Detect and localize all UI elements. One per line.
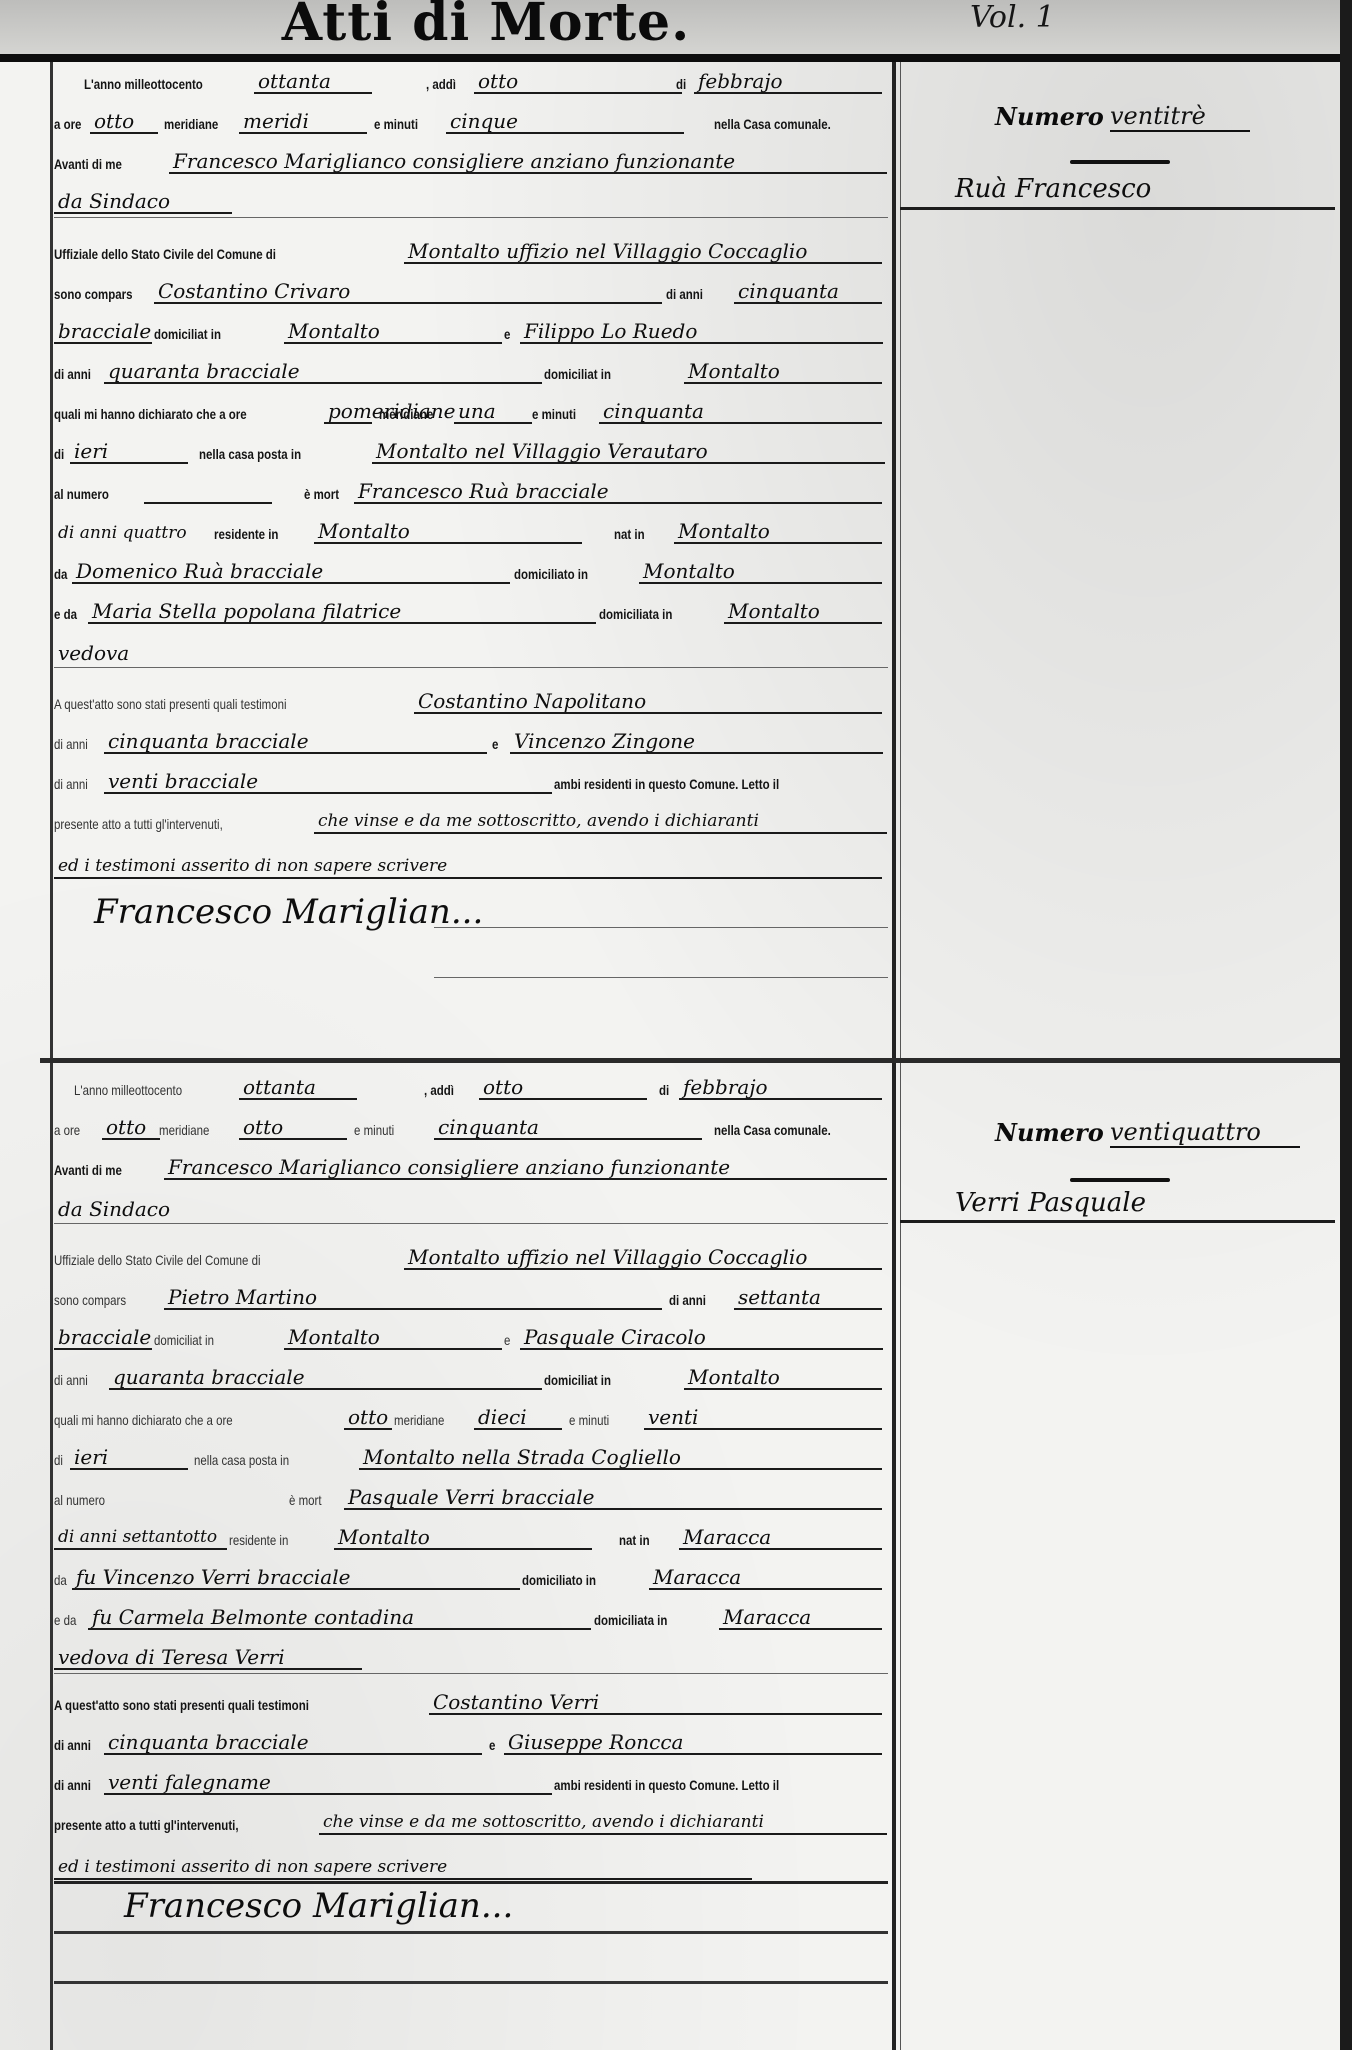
label-anno: L'anno milleottocento xyxy=(84,76,203,92)
field-witness1-age: cinquanta bracciale xyxy=(104,730,487,754)
record-line-house: di ieri nella casa posta in Montalto nel… xyxy=(54,432,888,472)
record-line-officer-cont: da Sindaco xyxy=(54,182,888,222)
record-line-mother-extra: vedova di Teresa Verri xyxy=(54,1638,888,1678)
field-closing2: ed i testimoni asserito di non sapere sc… xyxy=(54,1856,752,1880)
field-comune: Montalto uffizio nel Villaggio Coccaglio xyxy=(404,240,882,264)
field-death-meridiane: dieci xyxy=(474,1406,562,1430)
field-death-day: ieri xyxy=(70,1446,188,1470)
label-quali: quali mi hanno dichiarato che a ore xyxy=(54,1412,233,1428)
label-meridiane: meridiane xyxy=(394,1412,444,1428)
field-declarant1-dom: Montalto xyxy=(284,320,502,344)
label-presente: presente atto a tutti gl'intervenuti, xyxy=(54,1817,239,1833)
field-day: otto xyxy=(479,1076,647,1100)
field-officer: Francesco Mariglianco consigliere anzian… xyxy=(164,1156,887,1180)
flourish-mark xyxy=(1070,1178,1170,1182)
record-line-witness2: di anni cinquanta bracciale e Giuseppe R… xyxy=(54,1723,888,1763)
record-line-deceased: al numero è mort Francesco Ruà bracciale xyxy=(54,472,888,512)
field-father: Domenico Ruà bracciale xyxy=(72,560,510,584)
field-witness2-age: venti bracciale xyxy=(104,770,552,794)
field-death-meridiane: una xyxy=(454,400,532,424)
label-e: e xyxy=(504,326,510,342)
field-declarant2: Filippo Lo Ruedo xyxy=(520,320,883,344)
record-line-officer: Avanti di me Francesco Mariglianco consi… xyxy=(54,1148,888,1188)
label-casa-comunale: nella Casa comunale. xyxy=(714,1122,831,1138)
field-day: otto xyxy=(474,70,682,94)
record-line-declarant2: di anni quaranta bracciale domiciliat in… xyxy=(54,352,888,392)
label-al-numero: al numero xyxy=(54,486,109,502)
record-line-officer: Avanti di me Francesco Mariglianco consi… xyxy=(54,142,888,182)
margin-deceased-name: Verri Pasquale xyxy=(955,1188,1146,1218)
field-hour: otto xyxy=(90,110,158,134)
field-declarant2-dom: Montalto xyxy=(684,1366,882,1390)
page-title: Atti di Morte. xyxy=(0,0,1352,53)
label-ufficiale: Uffiziale dello Stato Civile del Comune … xyxy=(54,1252,261,1268)
field-father-dom: Montalto xyxy=(639,560,882,584)
field-comune: Montalto uffizio nel Villaggio Coccaglio xyxy=(404,1246,882,1270)
label-nato: nat in xyxy=(619,1532,650,1548)
record-line-mother: e da fu Carmela Belmonte contadina domic… xyxy=(54,1598,888,1638)
field-deceased-age: di anni quattro xyxy=(54,522,212,544)
label-minuti: e minuti xyxy=(569,1412,609,1428)
record-line-mother-extra: vedova xyxy=(54,632,888,672)
label-minuti: e minuti xyxy=(532,406,576,422)
field-house-location: Montalto nel Villaggio Verautaro xyxy=(372,440,885,464)
label-di: di xyxy=(54,446,64,462)
record-line-presente: presente atto a tutti gl'intervenuti, ch… xyxy=(54,802,888,842)
label-meridiane: meridiane xyxy=(164,116,218,132)
field-officer-cont: da Sindaco xyxy=(54,1198,182,1220)
label-domiciliat: domiciliat in xyxy=(154,1332,214,1348)
record-line-hour: a ore otto meridiane otto e minuti cinqu… xyxy=(54,1108,888,1148)
field-closing1: che vinse e da me sottoscritto, avendo i… xyxy=(319,1811,887,1835)
death-register-page: Atti di Morte. Vol. 1 L'anno milleottoce… xyxy=(0,0,1352,2050)
label-di-anni: di anni xyxy=(54,1777,91,1793)
label-domiciliat: domiciliat in xyxy=(154,326,221,342)
label-domiciliato: domiciliato in xyxy=(522,1572,596,1588)
field-minutes: cinque xyxy=(446,110,684,134)
record-line-closing: ed i testimoni asserito di non sapere sc… xyxy=(54,847,888,887)
label-di-anni: di anni xyxy=(666,286,703,302)
record-line-declarant1-dom: bracciale domiciliat in Montalto e Filip… xyxy=(54,312,888,352)
label-meridiane: meridiane xyxy=(379,406,433,422)
field-house-location: Montalto nella Strada Cogliello xyxy=(359,1446,882,1470)
field-hour: otto xyxy=(102,1116,160,1140)
field-officer: Francesco Mariglianco consigliere anzian… xyxy=(169,150,887,174)
field-mother-extra: vedova di Teresa Verri xyxy=(54,1646,362,1670)
label-domiciliata: domiciliata in xyxy=(599,606,672,622)
label-nato: nat in xyxy=(614,526,645,542)
label-domiciliat: domiciliat in xyxy=(544,366,611,382)
label-e-da: e da xyxy=(54,606,77,622)
field-birthplace: Maracca xyxy=(679,1526,882,1550)
record-line-deceased: al numero è mort Pasquale Verri braccial… xyxy=(54,1478,888,1518)
record-line-comune: Uffiziale dello Stato Civile del Comune … xyxy=(54,1238,888,1278)
record-line-blank xyxy=(54,1948,888,1988)
label-addi: , addì xyxy=(424,1082,454,1098)
field-mother: Maria Stella popolana filatrice xyxy=(88,600,596,624)
field-mother-dom: Montalto xyxy=(724,600,882,624)
label-residente: residente in xyxy=(229,1532,288,1548)
label-addi: , addì xyxy=(426,76,456,92)
field-declarant1-occ: bracciale xyxy=(54,1326,152,1350)
column-divider-thin xyxy=(900,62,901,2050)
margin-rule xyxy=(900,207,1335,210)
label-e: e xyxy=(504,1332,510,1348)
label-di-anni: di anni xyxy=(54,1737,91,1753)
record-line-declarant1: sono compars Costantino Crivaro di anni … xyxy=(54,272,888,312)
label-e-mort: è mort xyxy=(304,486,339,502)
margin-numero-value: ventiquattro xyxy=(1110,1118,1300,1148)
field-witness2: Vincenzo Zingone xyxy=(510,730,883,754)
field-meridiane: meridi xyxy=(239,110,367,134)
field-declarant1-dom: Montalto xyxy=(284,1326,502,1350)
corner-handwritten-note: Vol. 1 xyxy=(970,0,1055,35)
field-declarant2: Pasquale Ciracolo xyxy=(520,1326,883,1350)
label-e-mort: è mort xyxy=(289,1492,322,1508)
field-deceased: Francesco Ruà bracciale xyxy=(354,480,882,504)
label-di-anni: di anni xyxy=(669,1292,706,1308)
record-line-ambi: di anni venti falegname ambi residenti i… xyxy=(54,1763,888,1803)
field-year: ottanta xyxy=(254,70,372,94)
officer-signature: Francesco Mariglian... xyxy=(94,892,483,932)
label-presente: presente atto a tutti gl'intervenuti, xyxy=(54,816,223,832)
header-rule xyxy=(0,54,1340,62)
field-declarant2-age: quaranta bracciale xyxy=(109,1366,542,1390)
margin-numero-label: Numero xyxy=(995,1118,1104,1147)
label-sono-compars: sono compars xyxy=(54,1292,126,1308)
left-margin-rule xyxy=(50,62,53,2050)
margin-entry-1: Numero ventitrè Ruà Francesco xyxy=(905,62,1335,1058)
field-residence: Montalto xyxy=(314,520,582,544)
label-e-da: e da xyxy=(54,1612,76,1628)
label-a-ore: a ore xyxy=(54,1122,80,1138)
record-line-residence: di anni quattro residente in Montalto na… xyxy=(54,512,888,552)
label-domiciliata: domiciliata in xyxy=(594,1612,667,1628)
record-line-witness1: A quest'atto sono stati presenti quali t… xyxy=(54,682,888,722)
field-declarant2-dom: Montalto xyxy=(684,360,882,384)
record-line-officer-cont: da Sindaco xyxy=(54,1188,888,1228)
field-mother: fu Carmela Belmonte contadina xyxy=(88,1606,591,1630)
record-line-comune: Uffiziale dello Stato Civile del Comune … xyxy=(54,232,888,272)
field-house-number xyxy=(144,502,272,504)
field-deceased-age: di anni settantotto xyxy=(54,1526,227,1550)
field-declarant1-age: settanta xyxy=(734,1286,882,1310)
page-edge xyxy=(1340,0,1352,2050)
record-line-declarant2: di anni quaranta bracciale domiciliat in… xyxy=(54,1358,888,1398)
label-sono-compars: sono compars xyxy=(54,286,132,302)
field-officer-cont: da Sindaco xyxy=(54,190,232,214)
record-separator xyxy=(40,1058,1340,1063)
field-father-dom: Maracca xyxy=(649,1566,882,1590)
label-ambi: ambi residenti in questo Comune. Letto i… xyxy=(554,1777,779,1793)
field-year: ottanta xyxy=(239,1076,357,1100)
record-line-blank xyxy=(54,942,888,982)
field-birthplace: Montalto xyxy=(674,520,882,544)
field-witness2-age: venti falegname xyxy=(104,1771,552,1795)
field-residence: Montalto xyxy=(334,1526,592,1550)
record-line-residence: di anni settantotto residente in Montalt… xyxy=(54,1518,888,1558)
record-line-witness2: di anni cinquanta bracciale e Vincenzo Z… xyxy=(54,722,888,762)
margin-entry-2: Numero ventiquattro Verri Pasquale xyxy=(905,1068,1335,2050)
field-declarant2-age: quaranta bracciale xyxy=(104,360,542,384)
field-witness1-age: cinquanta bracciale xyxy=(104,1731,482,1755)
label-di: di xyxy=(676,76,686,92)
label-da: da xyxy=(54,1572,67,1588)
label-avanti: Avanti di me xyxy=(54,156,122,172)
record-line-hour: a ore otto meridiane meridi e minuti cin… xyxy=(54,102,888,142)
label-da: da xyxy=(54,566,67,582)
record-line-year: L'anno milleottocento ottanta , addì ott… xyxy=(54,1068,888,1108)
label-testimoni: A quest'atto sono stati presenti quali t… xyxy=(54,1697,309,1713)
label-di-anni: di anni xyxy=(54,366,91,382)
record-line-father: da Domenico Ruà bracciale domiciliato in… xyxy=(54,552,888,592)
record-line-father: da fu Vincenzo Verri bracciale domicilia… xyxy=(54,1558,888,1598)
field-witness1: Costantino Verri xyxy=(429,1691,882,1715)
label-di: di xyxy=(659,1082,669,1098)
field-death-day: ieri xyxy=(70,440,188,464)
label-quali: quali mi hanno dichiarato che a ore xyxy=(54,406,247,422)
record-line-presente: presente atto a tutti gl'intervenuti, ch… xyxy=(54,1803,888,1843)
record-line-mother: e da Maria Stella popolana filatrice dom… xyxy=(54,592,888,632)
label-residente: residente in xyxy=(214,526,278,542)
label-avanti: Avanti di me xyxy=(54,1162,122,1178)
label-di: di xyxy=(54,1452,63,1468)
field-minutes: cinquanta xyxy=(434,1116,702,1140)
margin-rule xyxy=(900,1220,1335,1223)
record-line-witness1: A quest'atto sono stati presenti quali t… xyxy=(54,1683,888,1723)
field-month: febbrajo xyxy=(694,70,882,94)
field-mother-dom: Maracca xyxy=(719,1606,882,1630)
label-meridiane: meridiane xyxy=(159,1122,209,1138)
field-death-hour: pomeridiane xyxy=(324,400,372,424)
field-meridiane: otto xyxy=(239,1116,347,1140)
label-di-anni: di anni xyxy=(54,1372,88,1388)
record-line-closing: ed i testimoni asserito di non sapere sc… xyxy=(54,1848,888,1888)
label-testimoni: A quest'atto sono stati presenti quali t… xyxy=(54,696,287,712)
label-ufficiale: Uffiziale dello Stato Civile del Comune … xyxy=(54,246,276,262)
field-mother-extra: vedova xyxy=(54,642,182,664)
label-e: e xyxy=(489,1737,495,1753)
field-death-minutes: venti xyxy=(644,1406,882,1430)
label-domiciliat: domiciliat in xyxy=(544,1372,611,1388)
label-nella-casa: nella casa posta in xyxy=(194,1452,289,1468)
field-witness1: Costantino Napolitano xyxy=(414,690,882,714)
label-anno: L'anno milleottocento xyxy=(74,1082,182,1098)
officer-signature: Francesco Mariglian... xyxy=(124,1886,513,1926)
page-title-text: Atti di Morte. xyxy=(282,0,690,53)
label-minuti: e minuti xyxy=(354,1122,394,1138)
label-ambi: ambi residenti in questo Comune. Letto i… xyxy=(554,776,779,792)
record-line-house: di ieri nella casa posta in Montalto nel… xyxy=(54,1438,888,1478)
field-father: fu Vincenzo Verri bracciale xyxy=(72,1566,520,1590)
column-divider xyxy=(892,62,896,2050)
field-deceased: Pasquale Verri bracciale xyxy=(344,1486,882,1510)
field-death-minutes: cinquanta xyxy=(599,400,882,424)
label-a-ore: a ore xyxy=(54,116,81,132)
record-line-death-time: quali mi hanno dichiarato che a ore otto… xyxy=(54,1398,888,1438)
field-death-hour: otto xyxy=(344,1406,392,1430)
record-line-declarant1-dom: bracciale domiciliat in Montalto e Pasqu… xyxy=(54,1318,888,1358)
label-casa-comunale: nella Casa comunale. xyxy=(714,116,831,132)
field-declarant1-age: cinquanta xyxy=(734,280,882,304)
flourish-mark xyxy=(1070,160,1170,164)
record-line-death-time: quali mi hanno dichiarato che a ore pome… xyxy=(54,392,888,432)
label-e: e xyxy=(492,736,498,752)
label-minuti: e minuti xyxy=(374,116,418,132)
label-al-numero: al numero xyxy=(54,1492,105,1508)
record-line-declarant1: sono compars Pietro Martino di anni sett… xyxy=(54,1278,888,1318)
label-domiciliato: domiciliato in xyxy=(514,566,588,582)
field-month: febbrajo xyxy=(679,1076,882,1100)
field-closing1: che vinse e da me sottoscritto, avendo i… xyxy=(314,810,887,834)
label-nella-casa: nella casa posta in xyxy=(199,446,301,462)
record-line-ambi: di anni venti bracciale ambi residenti i… xyxy=(54,762,888,802)
field-declarant1: Costantino Crivaro xyxy=(154,280,662,304)
field-declarant1: Pietro Martino xyxy=(164,1286,662,1310)
label-di-anni: di anni xyxy=(54,736,88,752)
record-line-year: L'anno milleottocento ottanta , addì ott… xyxy=(54,62,888,102)
field-witness2: Giuseppe Roncca xyxy=(504,1731,882,1755)
margin-numero-label: Numero xyxy=(995,102,1104,131)
field-closing2: ed i testimoni asserito di non sapere sc… xyxy=(54,855,882,879)
margin-deceased-name: Ruà Francesco xyxy=(955,174,1151,204)
label-di-anni: di anni xyxy=(54,776,88,792)
margin-numero-value: ventitrè xyxy=(1110,102,1250,132)
field-declarant1-occ: bracciale xyxy=(54,320,152,344)
